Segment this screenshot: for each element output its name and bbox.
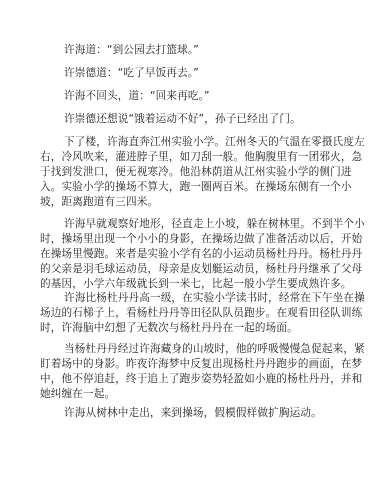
paragraph-line: 坡，距离跑道有三四米。 <box>40 195 158 209</box>
paragraph-line: 许海从树林中走出，来到操场，假模假样做扩胸运动。 <box>64 406 322 420</box>
dialogue-line: 许海不回头，道：“回来再吃。” <box>64 89 210 103</box>
document-page: 许海道：“到公园去打篮球。” 许崇德道：“吃了早饭再去。” 许海不回头，道：“回… <box>0 0 370 480</box>
paragraph-line: 场边的石梯子上，看杨杜丹丹等田径队队员跑步。在观看田径队训练 <box>40 306 362 320</box>
paragraph-line: 许海早就观察好地形，径直走上小坡，躲在树林里。不到半个小 <box>64 217 365 231</box>
paragraph-line: 许海比杨杜丹丹高一级，在实验小学读书时，经常在下午坐在操 <box>64 291 365 305</box>
dialogue-line: 许崇德道：“吃了早饭再去。” <box>64 66 199 80</box>
dialogue-line: 许崇德还想说“饿着运动不好”，孙子已经出了门。 <box>64 112 301 126</box>
paragraph-line: 于找到发泄口，便无视寒冷。他沿林荫道从江州实验小学的侧门进 <box>40 165 352 179</box>
paragraph-line: 中，他不停追赶，终于追上了跑步姿势轻盈如小鹿的杨杜丹丹，并和 <box>40 372 362 386</box>
paragraph-line: 入。实验小学的操场不算大，跑一圈两百米。在操场东侧有一个小 <box>40 180 352 194</box>
paragraph-line: 右，冷风吹来，灌进脖子里，如刀刮一般。他胸腹里有一团邪火，急 <box>40 150 362 164</box>
paragraph-line: 下了楼，许海直奔江州实验小学。江州冬天的气温在零摄氏度左 <box>64 135 365 149</box>
paragraph-line: 的基因，小学六年级就长到一米七，比起一般小学生要成熟许多。 <box>40 277 352 291</box>
paragraph-line: 当杨杜丹丹经过许海藏身的山坡时，他的呼吸慢慢急促起来，紧 <box>64 342 365 356</box>
paragraph-line: 时，许海脑中幻想了无数次与杨杜丹丹在一起的场面。 <box>40 321 298 335</box>
paragraph-line: 时，操场里出现一个小小的身影，在操场边做了准备活动以后，开始 <box>40 232 362 246</box>
paragraph-line: 她纠缠在一起。 <box>40 387 115 401</box>
dialogue-line: 许海道：“到公园去打篮球。” <box>64 43 199 57</box>
paragraph-line: 在操场里慢跑。来者是实验小学有名的小运动员杨杜丹丹。杨杜丹丹 <box>40 247 362 261</box>
paragraph-line: 盯着场中的身影。昨夜许海梦中反复出现杨杜丹丹跑步的画面，在梦 <box>40 357 362 371</box>
paragraph-line: 的父亲是羽毛球运动员，母亲是皮划艇运动员，杨杜丹丹继承了父母 <box>40 262 362 276</box>
